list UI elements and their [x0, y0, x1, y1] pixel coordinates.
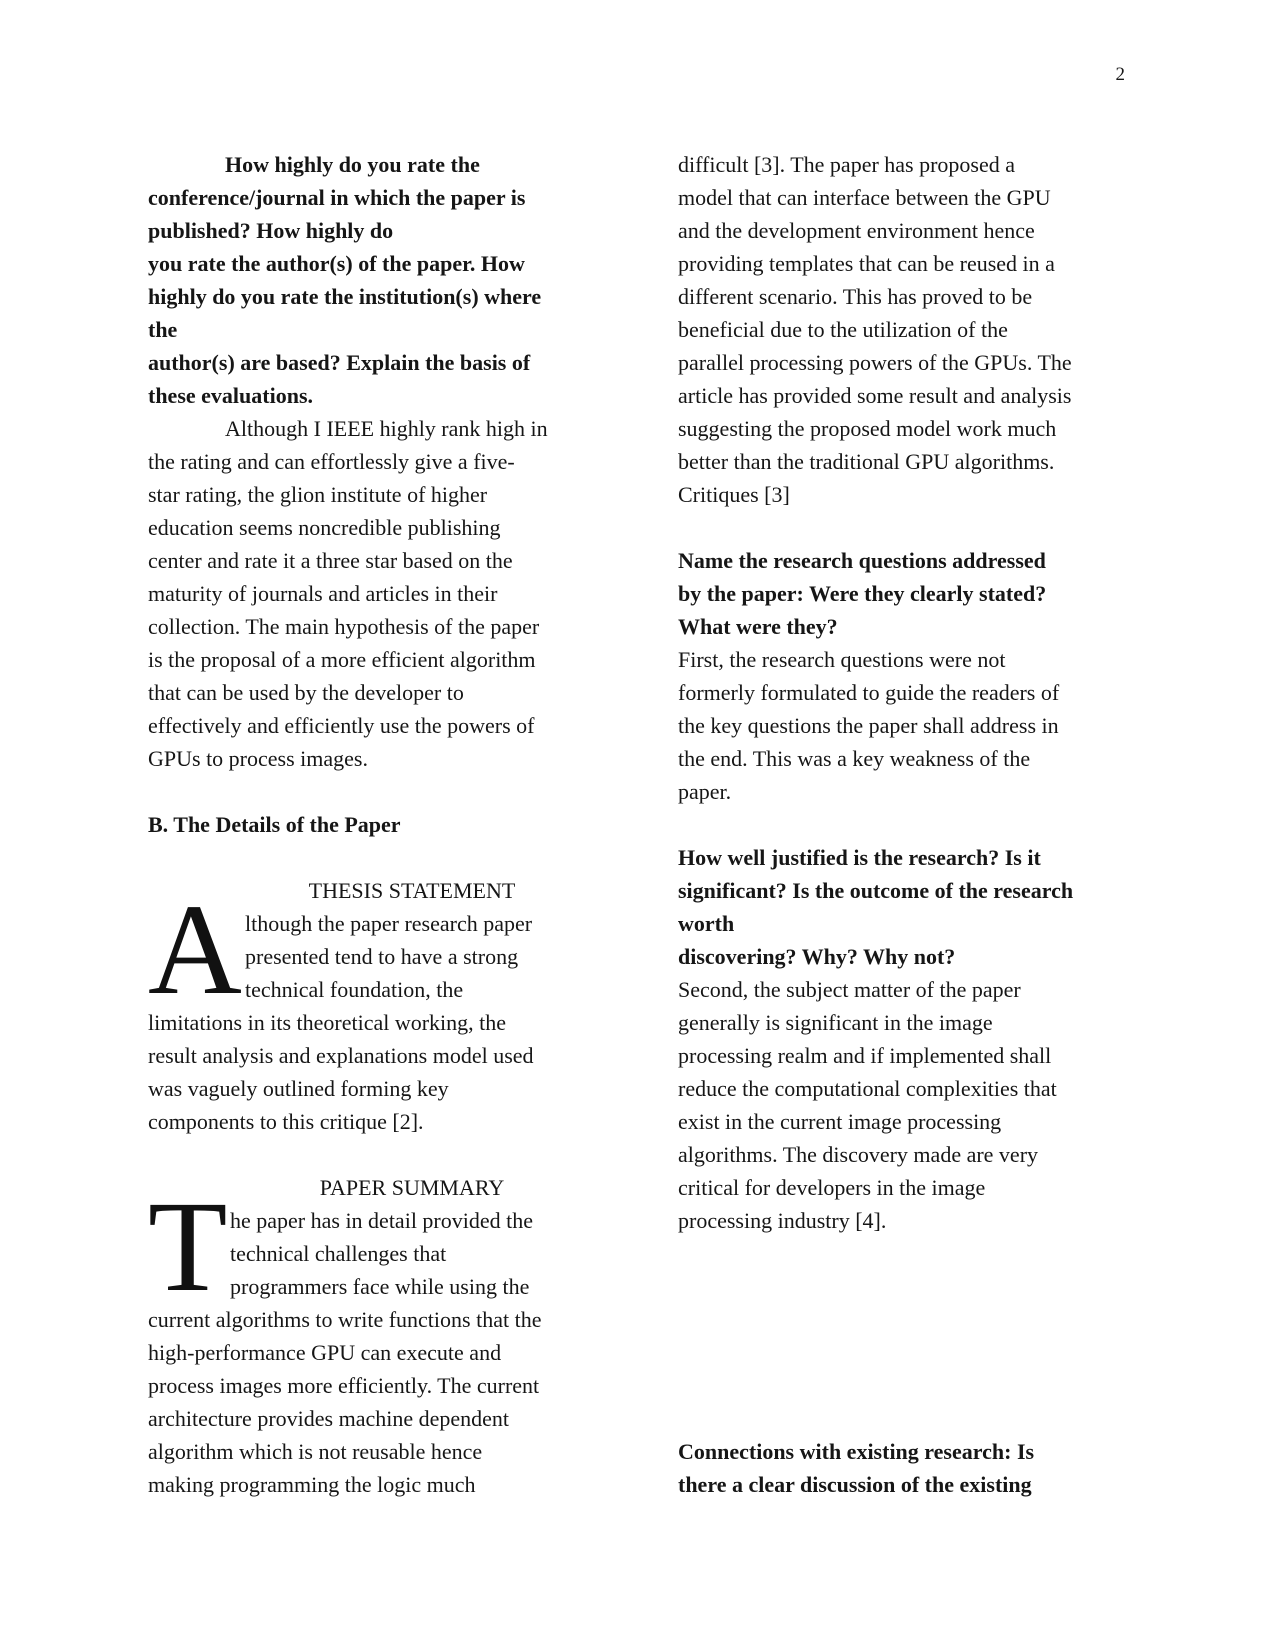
blank-line: [678, 1369, 1130, 1402]
text-line: generally is significant in the image: [678, 1006, 1130, 1039]
text-line: difficult [3]. The paper has proposed a: [678, 148, 1130, 181]
text-line: was vaguely outlined forming key: [148, 1072, 604, 1105]
text-line: architecture provides machine dependent: [148, 1402, 604, 1435]
text-line: Critiques [3]: [678, 478, 1130, 511]
text-line: star rating, the glion institute of high…: [148, 478, 604, 511]
text-line: How well justified is the research? Is i…: [678, 841, 1130, 874]
right-column: difficult [3]. The paper has proposed am…: [678, 148, 1130, 1501]
text-line: components to this critique [2].: [148, 1105, 604, 1138]
text-line: there a clear discussion of the existing: [678, 1468, 1130, 1501]
text-line: process images more efficiently. The cur…: [148, 1369, 604, 1402]
text-line: is the proposal of a more efficient algo…: [148, 643, 604, 676]
text-line: parallel processing powers of the GPUs. …: [678, 346, 1130, 379]
text-line: First, the research questions were not: [678, 643, 1130, 676]
text-line: How highly do you rate the: [148, 148, 604, 181]
blank-line: [148, 841, 604, 874]
text-line: exist in the current image processing: [678, 1105, 1130, 1138]
text-line: reduce the computational complexities th…: [678, 1072, 1130, 1105]
document-page: 2 ATHow highly do you rate theconference…: [0, 0, 1275, 1650]
text-line: the rating and can effortlessly give a f…: [148, 445, 604, 478]
page-number: 2: [1116, 64, 1126, 86]
text-line: Although I IEEE highly rank high in: [148, 412, 604, 445]
text-line: Connections with existing research: Is: [678, 1435, 1130, 1468]
text-line: effectively and efficiently use the powe…: [148, 709, 604, 742]
text-line: critical for developers in the image: [678, 1171, 1130, 1204]
text-line: and the development environment hence: [678, 214, 1130, 247]
text-line: model that can interface between the GPU: [678, 181, 1130, 214]
text-line: maturity of journals and articles in the…: [148, 577, 604, 610]
blank-line: [678, 1270, 1130, 1303]
left-column: ATHow highly do you rate theconference/j…: [148, 148, 604, 1501]
blank-line: [148, 1138, 604, 1171]
text-line: algorithms. The discovery made are very: [678, 1138, 1130, 1171]
text-line: suggesting the proposed model work much: [678, 412, 1130, 445]
text-line: discovering? Why? Why not?: [678, 940, 1130, 973]
text-line: by the paper: Were they clearly stated?: [678, 577, 1130, 610]
text-line: high-performance GPU can execute and: [148, 1336, 604, 1369]
text-line: processing industry [4].: [678, 1204, 1130, 1237]
text-line: result analysis and explanations model u…: [148, 1039, 604, 1072]
dropcap-letter: T: [148, 1182, 227, 1312]
text-line: providing templates that can be reused i…: [678, 247, 1130, 280]
dropcap-letter: A: [148, 885, 242, 1015]
text-line: paper.: [678, 775, 1130, 808]
text-line: highly do you rate the institution(s) wh…: [148, 280, 604, 313]
blank-line: [678, 1237, 1130, 1270]
blank-line: [148, 775, 604, 808]
text-line: the: [148, 313, 604, 346]
blank-line: [678, 808, 1130, 841]
text-line: different scenario. This has proved to b…: [678, 280, 1130, 313]
text-line: What were they?: [678, 610, 1130, 643]
text-line: Name the research questions addressed: [678, 544, 1130, 577]
text-line: article has provided some result and ana…: [678, 379, 1130, 412]
text-line: processing realm and if implemented shal…: [678, 1039, 1130, 1072]
text-line: making programming the logic much: [148, 1468, 604, 1501]
text-line: better than the traditional GPU algorith…: [678, 445, 1130, 478]
text-line: formerly formulated to guide the readers…: [678, 676, 1130, 709]
text-line: Second, the subject matter of the paper: [678, 973, 1130, 1006]
text-line: significant? Is the outcome of the resea…: [678, 874, 1130, 907]
text-line: author(s) are based? Explain the basis o…: [148, 346, 604, 379]
blank-line: [678, 1336, 1130, 1369]
blank-line: [678, 1303, 1130, 1336]
text-line: the end. This was a key weakness of the: [678, 742, 1130, 775]
text-line: conference/journal in which the paper is: [148, 181, 604, 214]
text-line: GPUs to process images.: [148, 742, 604, 775]
blank-line: [678, 1402, 1130, 1435]
text-line: collection. The main hypothesis of the p…: [148, 610, 604, 643]
text-line: the key questions the paper shall addres…: [678, 709, 1130, 742]
text-line: that can be used by the developer to: [148, 676, 604, 709]
text-line: B. The Details of the Paper: [148, 808, 604, 841]
text-line: published? How highly do: [148, 214, 604, 247]
text-line: these evaluations.: [148, 379, 604, 412]
text-line: algorithm which is not reusable hence: [148, 1435, 604, 1468]
text-line: center and rate it a three star based on…: [148, 544, 604, 577]
text-line: worth: [678, 907, 1130, 940]
text-line: you rate the author(s) of the paper. How: [148, 247, 604, 280]
text-line: education seems noncredible publishing: [148, 511, 604, 544]
text-line: beneficial due to the utilization of the: [678, 313, 1130, 346]
blank-line: [678, 511, 1130, 544]
